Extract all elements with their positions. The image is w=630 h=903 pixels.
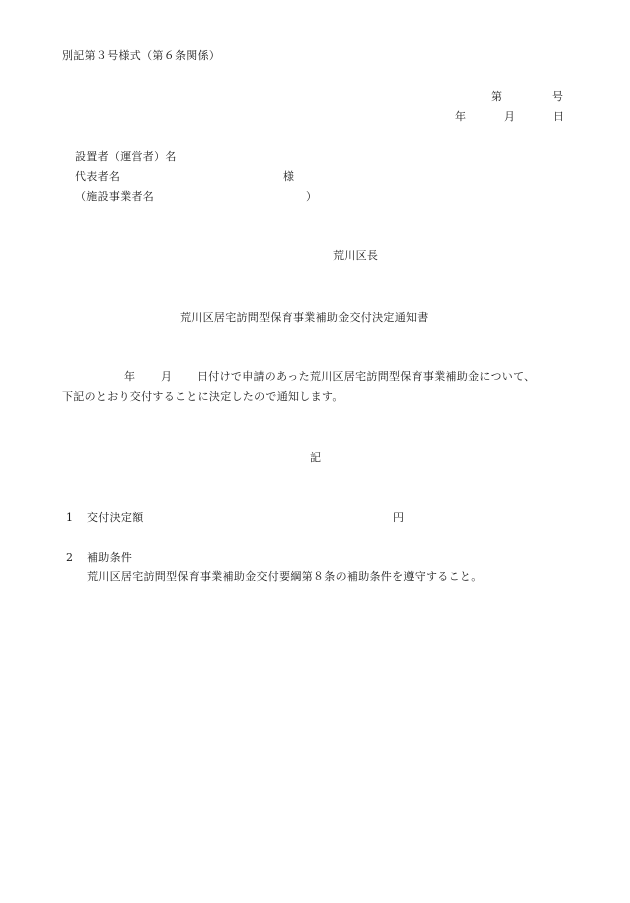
- date-month: 月: [504, 110, 515, 124]
- item-2-detail: 荒川区居宅訪問型保育事業補助金交付要綱第８条の補助条件を遵守すること。: [87, 570, 483, 584]
- item-2-number: 2: [66, 551, 73, 565]
- body-month: 月: [161, 370, 172, 384]
- item-1-number: 1: [66, 511, 73, 525]
- date-day: 日: [553, 110, 564, 124]
- form-label: 別記第３号様式（第６条関係）: [62, 49, 220, 63]
- body-year: 年: [124, 370, 135, 384]
- body-line1: 日付けで申請のあった荒川区居宅訪問型保育事業補助金について、: [197, 370, 535, 384]
- reference-number-prefix: 第: [491, 90, 502, 104]
- representative-label: 代表者名: [75, 170, 120, 184]
- item-1-label: 交付決定額: [87, 511, 144, 525]
- issuer: 荒川区長: [333, 249, 378, 263]
- document-title: 荒川区居宅訪問型保育事業補助金交付決定通知書: [180, 311, 429, 325]
- facility-label: （施設事業者名: [75, 190, 154, 204]
- body-line2: 下記のとおり交付することに決定したので通知します。: [62, 390, 344, 404]
- ki-heading: 記: [310, 451, 321, 465]
- date-year: 年: [455, 110, 466, 124]
- operator-label: 設置者（運営者）名: [75, 150, 177, 164]
- facility-close-paren: ）: [306, 190, 317, 204]
- reference-number-suffix: 号: [552, 90, 563, 104]
- item-1-unit: 円: [393, 511, 404, 525]
- honorific: 様: [283, 170, 294, 184]
- item-2-label: 補助条件: [87, 551, 132, 565]
